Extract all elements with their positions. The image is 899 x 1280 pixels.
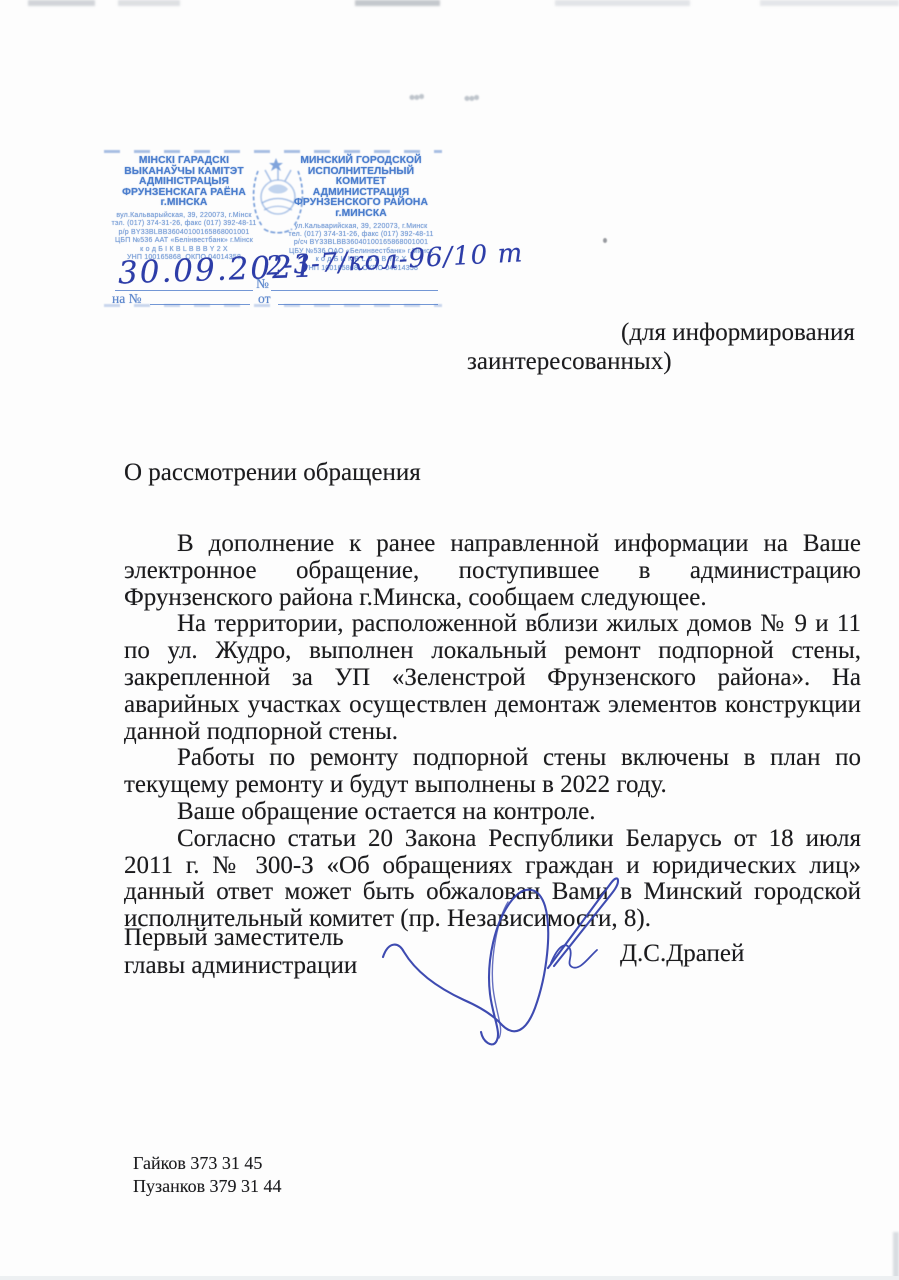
paragraph: Работы по ремонту подпорной стены включе… xyxy=(124,745,861,799)
signer-position-line1: Первый заместитель xyxy=(124,924,357,952)
scan-edge-bottom xyxy=(0,1276,899,1280)
scan-smudge-2 xyxy=(463,93,479,102)
letterhead-stamp: МІНСКІ ГАРАДСКІ ВЫКАНАЎЧЫ КАМІТЭТ АДМІНІ… xyxy=(108,153,440,305)
detail-line: ЦБП №536 ААТ «Белінвестбанк» г.Мінск xyxy=(108,237,260,245)
org-line: ИСПОЛНИТЕЛЬНЫЙ КОМИТЕТ xyxy=(282,167,440,188)
contact-line2: Пузанков 379 31 44 xyxy=(133,1175,282,1198)
signer-position: Первый заместитель главы администрации xyxy=(124,924,357,980)
detail-line: р/р BY33BLBB36040100165868001001 xyxy=(108,229,260,237)
stamp-top-edge xyxy=(104,150,442,153)
executor-contacts: Гайков 373 31 45 Пузанков 379 31 44 xyxy=(133,1152,282,1197)
scan-edge-right xyxy=(893,1232,899,1280)
scan-smudge-1 xyxy=(408,92,424,101)
pen-signature xyxy=(358,856,653,1056)
paragraph: В дополнение к ранее направленной информ… xyxy=(124,531,861,611)
letterhead-org-belarusian: МІНСКІ ГАРАДСКІ ВЫКАНАЎЧЫ КАМІТЭТ АДМІНІ… xyxy=(108,156,260,262)
from-label: от xyxy=(258,291,270,307)
on-number-label: на № xyxy=(112,291,141,307)
paragraph: На территории, расположенной вблизи жилы… xyxy=(124,611,861,745)
org-line: г.МІНСКА xyxy=(108,198,260,209)
scan-dot xyxy=(603,238,607,243)
subject-line: О рассмотрении обращения xyxy=(124,460,421,487)
signer-name: Д.С.Драпей xyxy=(620,941,744,968)
org-line: г.МИНСКА xyxy=(282,209,440,220)
contact-line1: Гайков 373 31 45 xyxy=(133,1152,282,1175)
on-number-underline xyxy=(150,304,250,305)
scan-noise-top xyxy=(0,0,899,6)
recipient-note-line2: заинтересованных) xyxy=(467,349,672,376)
scanned-letter-page: { "letterhead": { "stamp_color": "#4c7ec… xyxy=(0,0,899,1280)
recipient-note-line1: (для информирования xyxy=(621,320,855,347)
org-line: МІНСКІ ГАРАДСКІ xyxy=(108,156,260,167)
from-underline xyxy=(278,304,438,305)
signer-position-line2: главы администрации xyxy=(124,952,357,980)
paragraph: Ваше обращение остается на контроле. xyxy=(124,799,861,826)
org-line: МИНСКИЙ ГОРОДСКОЙ xyxy=(282,156,440,167)
number-underline xyxy=(271,290,438,291)
detail-line: ул.Кальварийская, 39, 220073, г.Минск xyxy=(282,223,440,231)
detail-line: тэл. (017) 374-31-26, факс (017) 392-48-… xyxy=(108,220,260,228)
